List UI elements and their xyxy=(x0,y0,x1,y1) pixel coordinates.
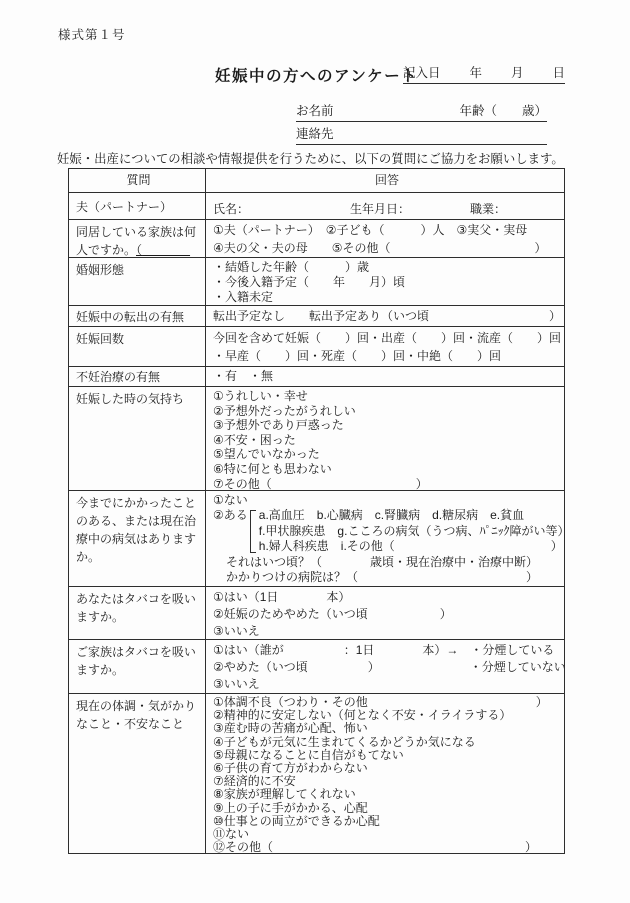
form-number: 様式第１号 xyxy=(58,25,126,43)
answer-cell: 転出予定なし 転出予定あり（いつ頃 ） xyxy=(206,306,564,326)
entry-date-year-label: 年 xyxy=(469,63,482,81)
answer-line: h.婦人科疾患 i.その他（ ） xyxy=(259,539,564,554)
question-cell: 今までにかかったことのある、または現在治療中の病気はありますか。 xyxy=(69,491,206,586)
page-title: 妊娠中の方へのアンケート xyxy=(215,64,418,86)
question-column-header: 質問 xyxy=(69,169,206,192)
question-cell: 婚姻形態 xyxy=(69,258,206,305)
table-row-feelings: 妊娠した時の気持ち ①うれしい・幸せ ②予想外だったがうれしい ③予想外であり戸… xyxy=(69,386,564,490)
answer-line: ③産む時の苦痛が心配、怖い xyxy=(213,722,561,735)
entry-date-month-label: 月 xyxy=(511,63,524,81)
answer-line: ⑩仕事との両立ができるか心配 xyxy=(213,815,561,828)
table-row-moveout: 妊娠中の転出の有無 転出予定なし 転出予定あり（いつ頃 ） xyxy=(69,305,564,326)
answer-line: ・今後入籍予定（ 年 月）頃 xyxy=(213,275,561,290)
answer-line: ④不安・困った xyxy=(213,433,561,448)
intro-text: 妊娠・出産についての相談や情報提供を行うために、以下の質問にご協力をお願いします… xyxy=(57,149,564,167)
contact-line: 連絡先 xyxy=(296,124,547,145)
question-cell: 不妊治療の有無 xyxy=(69,367,206,386)
answer-line: ③予想外であり戸惑った xyxy=(213,418,561,433)
question-cell: 現在の体調・気がかりなこと・不安なこと xyxy=(69,694,206,853)
answer-line: 転出予定なし 転出予定あり（いつ頃 ） xyxy=(213,308,561,324)
questionnaire-table: 質問 回答 夫（パートナー） 氏名： 生年月日： 職業： 同居している家族は何人… xyxy=(68,168,565,854)
answer-line: ・早産（ ）回・死産（ ）回・中絶（ ）回 xyxy=(213,347,561,365)
answer-line: ⑫その他（ ） xyxy=(213,841,561,853)
answer-cell: ①夫（パートナー） ②子ども（ ）人 ③実父・実母 ④夫の父・夫の母 ⑤その他（… xyxy=(206,220,564,257)
answer-line: ②やめた（いつ頃 ） ・分煙していない xyxy=(213,659,561,676)
name-line: お名前 年齢（ 歳） xyxy=(296,101,547,122)
question-cell: 妊娠回数 xyxy=(69,327,206,366)
table-row-smoking-self: あなたはタバコを吸いますか。 ①はい（1日 本） ②妊娠のためやめた（いつ頃 ）… xyxy=(69,586,564,639)
question-cell: 妊娠した時の気持ち xyxy=(69,387,206,490)
question-cell: 妊娠中の転出の有無 xyxy=(69,306,206,326)
table-row-condition: 現在の体調・気がかりなこと・不安なこと ①体調不良（つわり・その他 ） ②精神的… xyxy=(69,693,564,853)
answer-line: ・結婚した年齢（ ）歳 xyxy=(213,260,561,275)
answer-line: ①夫（パートナー） ②子ども（ ）人 ③実父・実母 xyxy=(213,222,561,240)
contact-label: 連絡先 xyxy=(296,124,334,142)
answer-line: ①はい（1日 本） xyxy=(213,589,561,606)
table-row-smoking-family: ご家族はタバコを吸いますか。 ①はい（誰が ：1日 本）→ ・分煙している ②や… xyxy=(69,639,564,693)
bracket-shape xyxy=(250,510,256,552)
name-label: お名前 xyxy=(296,101,334,119)
entry-date-line: 記入日 年 月 日 xyxy=(403,64,565,84)
question-cell: 同居している家族は何人ですか。（ 人） xyxy=(69,220,206,257)
answer-line: ①はい（誰が ：1日 本）→ ・分煙している xyxy=(213,642,561,659)
answer-line: ⑨上の子に手がかかる、心配 xyxy=(213,802,561,815)
answer-cell: 氏名： 生年月日： 職業： xyxy=(206,193,564,219)
answer-line: 今回を含めて妊娠（ ）回・出産（ ）回・流産（ ）回 xyxy=(213,329,561,347)
answer-line: f.甲状腺疾患 g.こころの病気（うつ病、ﾊﾟﾆｯｸ障がい等） xyxy=(259,524,564,539)
husband-fields: 氏名： 生年月日： 職業： xyxy=(213,200,561,217)
answer-line: ②妊娠のためやめた（いつ頃 ） xyxy=(213,606,561,623)
answer-cell: 今回を含めて妊娠（ ）回・出産（ ）回・流産（ ）回 ・早産（ ）回・死産（ ）… xyxy=(206,327,564,366)
answer-line: ・有 ・無 xyxy=(213,368,561,384)
answer-cell: ・有 ・無 xyxy=(206,367,564,386)
answer-cell: ①体調不良（つわり・その他 ） ②精神的に安定しない（何となく不安・イライラする… xyxy=(206,694,564,853)
illness-yes-group: ②ある a.高血圧 b.心臓病 c.腎臓病 d.糖尿病 e.貧血 f.甲状腺疾患… xyxy=(213,508,561,554)
table-row-pregnancy-count: 妊娠回数 今回を含めて妊娠（ ）回・出産（ ）回・流産（ ）回 ・早産（ ）回・… xyxy=(69,326,564,366)
illness-yes-label: ②ある xyxy=(213,508,248,554)
table-row-family: 同居している家族は何人ですか。（ 人） ①夫（パートナー） ②子ども（ ）人 ③… xyxy=(69,219,564,257)
question-cell: ご家族はタバコを吸いますか。 xyxy=(69,640,206,693)
answer-line: ①ない xyxy=(213,493,561,508)
answer-line: ⑦その他（ ） xyxy=(213,477,561,490)
table-row-husband: 夫（パートナー） 氏名： 生年月日： 職業： xyxy=(69,192,564,219)
answer-line: ①うれしい・幸せ xyxy=(213,389,561,404)
husband-birthdate-field: 生年月日： xyxy=(350,200,470,217)
table-row-marriage: 婚姻形態 ・結婚した年齢（ ）歳 ・今後入籍予定（ 年 月）頃 ・入籍未定 xyxy=(69,257,564,305)
husband-name-field: 氏名： xyxy=(213,200,350,217)
answer-line: ④夫の父・夫の母 ⑤その他（ ） xyxy=(213,240,561,258)
answer-line: ④子どもが元気に生まれてくるかどうか気になる xyxy=(213,736,561,749)
entry-date-label: 記入日 xyxy=(403,63,441,81)
table-row-fertility: 不妊治療の有無 ・有 ・無 xyxy=(69,366,564,386)
answer-line: ③いいえ xyxy=(213,623,561,639)
answer-line: a.高血圧 b.心臓病 c.腎臓病 d.糖尿病 e.貧血 xyxy=(259,508,564,523)
answer-line: ③いいえ xyxy=(213,676,561,693)
answer-cell: ・結婚した年齢（ ）歳 ・今後入籍予定（ 年 月）頃 ・入籍未定 xyxy=(206,258,564,305)
answer-line: かかりつけの病院は？（ ） xyxy=(213,570,561,585)
answer-cell: ①ない ②ある a.高血圧 b.心臓病 c.腎臓病 d.糖尿病 e.貧血 f.甲… xyxy=(206,491,564,586)
table-row-illness: 今までにかかったことのある、または現在治療中の病気はありますか。 ①ない ②ある… xyxy=(69,490,564,586)
answer-line: ⑤望んでいなかった xyxy=(213,447,561,462)
answer-column-header: 回答 xyxy=(206,169,564,192)
table-header-row: 質問 回答 xyxy=(69,169,564,192)
question-cell: あなたはタバコを吸いますか。 xyxy=(69,587,206,639)
answer-line: ②予想外だったがうれしい xyxy=(213,404,561,419)
illness-options: a.高血圧 b.心臓病 c.腎臓病 d.糖尿病 e.貧血 f.甲状腺疾患 g.こ… xyxy=(259,508,564,554)
answer-line: ⑧家族が理解してくれない xyxy=(213,788,561,801)
entry-date-day-label: 日 xyxy=(552,63,565,81)
answer-cell: ①うれしい・幸せ ②予想外だったがうれしい ③予想外であり戸惑った ④不安・困っ… xyxy=(206,387,564,490)
answer-cell: ①はい（1日 本） ②妊娠のためやめた（いつ頃 ） ③いいえ xyxy=(206,587,564,639)
husband-job-field: 職業： xyxy=(470,200,506,217)
question-cell: 夫（パートナー） xyxy=(69,193,206,219)
answer-cell: ①はい（誰が ：1日 本）→ ・分煙している ②やめた（いつ頃 ） ・分煙してい… xyxy=(206,640,564,693)
age-label: 年齢（ 歳） xyxy=(459,101,547,119)
answer-line: ・入籍未定 xyxy=(213,290,561,305)
answer-line: ⑥特に何とも思わない xyxy=(213,462,561,477)
answer-line: それはいつ頃？（ 歳頃・現在治療中・治療中断） xyxy=(213,555,561,570)
